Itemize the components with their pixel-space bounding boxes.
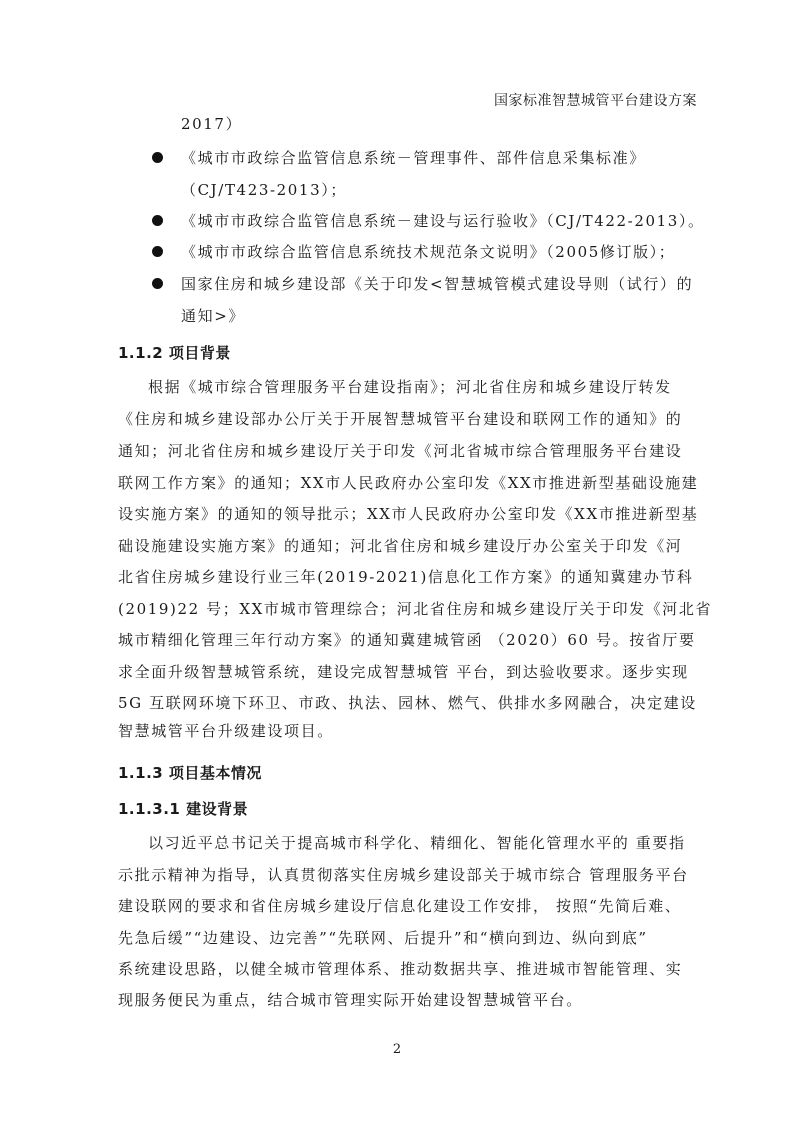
paragraph-line: 城市精细化管理三年行动方案》的通知冀建城管函 （2020）60 号。按省厅要 [118,629,696,650]
section-heading-1-1-2: 1.1.2 项目背景 [118,342,231,363]
reference-item-4-line-1: 国家住房和城乡建设部《关于印发<智慧城管模式建设导则（试行）的 [181,273,693,294]
reference-item-1-line-2: （CJ/T423-2013）； [181,179,347,200]
paragraph-line: 北省住房城乡建设行业三年(2019-2021)信息化工作方案》的通知冀建办节科 [118,566,694,587]
page-number: 2 [0,1042,794,1057]
page-header-title: 国家标准智慧城管平台建设方案 [494,90,697,110]
paragraph-line: 以习近平总书记关于提高城市科学化、精细化、智能化管理水平的 重要指 [148,832,686,853]
bullet-icon [152,246,163,257]
paragraph-line: 智慧城管平台升级建设项目。 [118,720,334,741]
paragraph-line: 求全面升级智慧城管系统，建设完成智慧城管 平台，到达验收要求。逐步实现 [118,661,689,682]
paragraph-line: 设实施方案》的通知的领导批示；XX市人民政府办公室印发《XX市推进新型基 [118,503,698,524]
paragraph-line: 系统建设思路，以健全城市管理体系、推动数据共享、推进城市智能管理、实 [118,958,682,979]
paragraph-line: 现服务便民为重点，结合城市管理实际开始建设智慧城管平台。 [118,989,583,1010]
paragraph-line: (2019)22 号；XX市城市管理综合；河北省住房和城乡建设厅关于印发《河北省 [118,598,712,619]
reference-item-4-line-2: 通知>》 [181,305,245,326]
reference-continuation: 2017） [181,113,242,134]
paragraph-line: 示批示精神为指导，认真贯彻落实住房城乡建设部关于城市综合 管理服务平台 [118,864,689,885]
paragraph-line: 根据《城市综合管理服务平台建设指南》；河北省住房和城乡建设厅转发 [148,376,672,397]
reference-item-3: 《城市市政综合监管信息系统技术规范条文说明》（2005修订版）； [181,241,675,262]
section-heading-1-1-3-1: 1.1.3.1 建设背景 [118,798,248,819]
bullet-icon [152,215,163,226]
bullet-icon [152,278,163,289]
paragraph-line: 通知；河北省住房和城乡建设厅关于印发《河北省城市综合管理服务平台建设 [118,440,682,461]
paragraph-line: 础设施建设实施方案》的通知；河北省住房和城乡建设厅办公室关于印发《河 [118,535,682,556]
document-page: 国家标准智慧城管平台建设方案 2017） 《城市市政综合监管信息系统－管理事件、… [0,0,794,1123]
paragraph-line: 联网工作方案》的通知；XX市人民政府办公室印发《XX市推进新型基础设施建 [118,472,698,493]
reference-item-2: 《城市市政综合监管信息系统－建设与运行验收》（CJ/T422-2013）。 [181,210,705,231]
reference-item-1-line-1: 《城市市政综合监管信息系统－管理事件、部件信息采集标准》 [181,147,646,168]
paragraph-line: 建设联网的要求和省住房城乡建设厅信息化建设工作安排， 按照“先简后难、 [118,895,681,916]
paragraph-line: 先急后缓”“边建设、边完善”“先联网、后提升”和“横向到边、纵向到底” [118,927,648,948]
paragraph-line: 《住房和城乡建设部办公厅关于开展智慧城管平台建设和联网工作的通知》的 [118,408,682,429]
bullet-icon [152,152,163,163]
paragraph-line: 5G 互联网环境下环卫、市政、执法、园林、燃气、供排水多网融合，决定建设 [118,692,697,713]
section-heading-1-1-3: 1.1.3 项目基本情况 [118,762,262,783]
